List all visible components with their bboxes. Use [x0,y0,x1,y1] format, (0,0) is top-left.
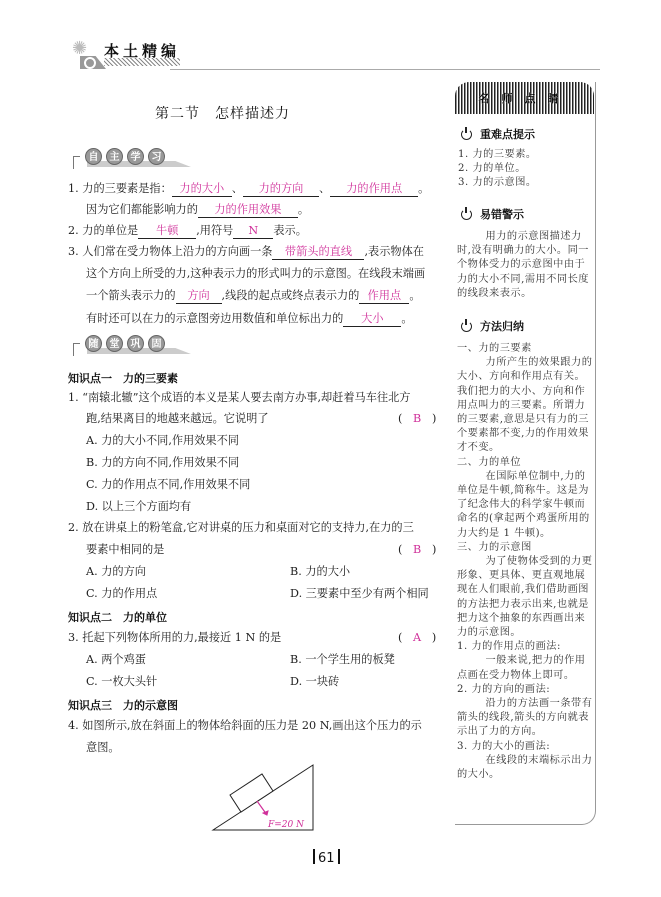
option-d: D. 以上三个方面均有 [86,500,191,514]
power-icon [461,321,472,332]
section-badge-consolidate: 随 堂 巩 固 [73,335,203,357]
self-study-q3-line3: 一个箭头表示力的方向,线段的起点或终点表示力的作用点。 [86,289,421,304]
option-d: D. 一块砖 [290,675,339,689]
option-b: B. 力的大小 [290,565,350,579]
key-points-heading: 重难点提示 [455,126,535,142]
section-badge-self-study: 自 主 学 习 [73,148,203,170]
circle-icon [84,57,96,69]
warnings-text: 用力的示意图描述力时,没有明确力的大小。同一个物体受力的示意图中由于力的大小不同… [457,230,593,301]
sun-burst-icon: ✺ [72,38,87,59]
question-3-answer: ( A ) [398,631,436,645]
self-study-q1-line1: 1. 力的三要素是指：力的大小、力的方向、力的作用点。 [68,182,429,197]
warnings-heading: 易错警示 [455,206,524,222]
self-study-q3-line2: 这个方向上所受的力,这种表示力的形式叫力的示意图。在线段末端画 [86,267,425,281]
badge-char: 随 [85,335,102,352]
self-study-q2: 2. 力的单位是牛顿,用符号N表示。 [68,224,307,239]
answer-blank: 牛顿 [138,224,196,239]
page-number-bar [338,849,340,864]
methods-text: 一、力的三要素 力所产生的效果跟力的大小、方向和作用点有关。我们把力的大小、方向… [457,342,593,782]
option-c: C. 力的作用点 [86,587,157,601]
answer-blank: 力的作用点 [330,182,418,197]
question-2-line1: 2. 放在讲桌上的粉笔盒,它对讲桌的压力和桌面对它的支持力,在力的三 [68,521,414,535]
option-a: A. 力的方向 [86,565,146,579]
answer-blank: 方向 [176,289,222,304]
badge-char: 巩 [127,335,144,352]
option-c: C. 力的作用点不同,作用效果不同 [86,478,250,492]
answer-blank: 作用点 [359,289,409,304]
question-2-line2: 要素中相同的是 [86,543,164,557]
knowledge-point-heading: 知识点三 力的示意图 [68,697,178,713]
answer-blank: 力的方向 [243,182,319,197]
question-2-answer: ( B ) [398,543,436,557]
header-rule [170,69,600,70]
badge-char: 堂 [106,335,123,352]
answer-blank: 力的作用效果 [198,203,298,218]
option-a: A. 两个鸡蛋 [86,653,146,667]
answer-blank: 大小 [343,312,401,327]
answer-blank: 带箭头的直线 [272,245,364,260]
question-4-line2: 意图。 [86,741,120,755]
methods-heading: 方法归纳 [455,318,524,334]
option-b: B. 力的方向不同,作用效果不同 [86,456,239,470]
option-b: B. 一个学生用的板凳 [290,653,395,667]
question-4-line1: 4. 如图所示,放在斜面上的物体给斜面的压力是 20 N,画出这个压力的示 [68,719,422,733]
badge-char: 学 [127,148,144,165]
force-label: F=20 N [268,820,304,830]
power-icon [461,209,472,220]
question-1-line1: 1. “南辕北辙”这个成语的本义是某人要去南方办事,却赶着马车往北方 [68,391,411,405]
self-study-q3-line1: 3. 人们常在受力物体上沿力的方向画一条带箭头的直线,表示物体在 [68,245,424,260]
answer-blank: 力的大小 [172,182,232,197]
power-icon [461,129,472,140]
sidebar-header-title: 名师点睛 [455,90,594,106]
option-c: C. 一枚大头针 [86,675,157,689]
self-study-q3-line4: 有时还可以在力的示意图旁边用数值和单位标出力的大小。 [86,312,413,327]
knowledge-point-heading: 知识点一 力的三要素 [68,370,178,386]
page-number: 61 [310,849,343,866]
question-1-answer: ( B ) [398,412,436,426]
badge-char: 自 [85,148,102,165]
question-1-line2: 跑,结果离目的地越来越远。它说明了 [86,412,269,426]
badge-char: 习 [148,148,165,165]
answer-blank: N [233,224,273,239]
knowledge-point-heading: 知识点二 力的单位 [68,609,167,625]
page-title: 第二节 怎样描述力 [0,103,445,123]
page-number-bar [313,849,315,864]
option-a: A. 力的大小不同,作用效果不同 [86,434,239,448]
badge-char: 主 [106,148,123,165]
option-d: D. 三要素中至少有两个相同 [290,587,429,601]
badge-corner [73,156,80,169]
question-3-line1: 3. 托起下列物体所用的力,最接近 1 N 的是 [68,631,281,645]
self-study-q1-line2: 因为它们都能影响力的力的作用效果。 [86,203,309,218]
header-hatch [104,58,180,66]
key-points-list: 1. 力的三要素。 2. 力的单位。 3. 力的示意图。 [458,148,594,191]
badge-corner [73,343,80,356]
badge-char: 固 [148,335,165,352]
